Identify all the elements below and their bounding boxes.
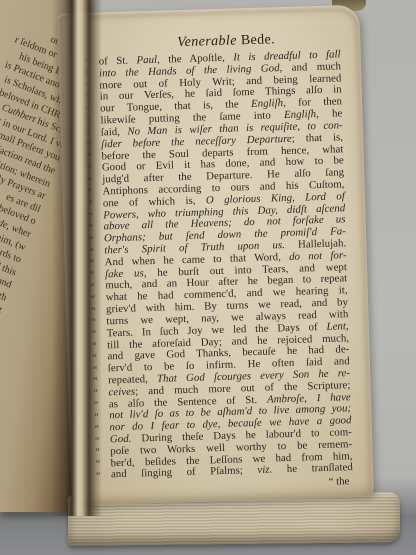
quote-mark: “ xyxy=(94,423,99,435)
quote-mark: “ xyxy=(94,412,99,424)
quote-mark: “ xyxy=(93,388,98,400)
quote-mark: “ xyxy=(90,270,95,282)
quote-mark: “ xyxy=(95,435,100,447)
quote-mark: “ xyxy=(92,341,97,353)
quote-mark: “ xyxy=(87,175,92,187)
quote-mark: “ xyxy=(91,293,96,305)
quote-mark: “ xyxy=(90,258,95,270)
quote-mark: “ xyxy=(87,164,92,176)
quote-mark: “ xyxy=(86,128,91,140)
quote-mark: “ xyxy=(90,282,95,294)
quote-mark: “ xyxy=(85,116,90,128)
quote-mark: “ xyxy=(89,223,94,235)
quote-mark: “ xyxy=(86,140,91,152)
running-header-italic: Venerable xyxy=(177,33,237,50)
catchword: “ the xyxy=(328,475,349,488)
quote-mark: “ xyxy=(86,152,91,164)
quote-mark: “ xyxy=(91,317,96,329)
quote-mark: “ xyxy=(92,329,97,341)
quote-mark: “ xyxy=(88,211,93,223)
book-photograph: e ofon cannot ber ſeldom or never mohis … xyxy=(0,0,416,555)
right-page: VenerableBede. “of St. Paul, the Apoſtle… xyxy=(57,5,373,506)
quote-mark: “ xyxy=(85,105,90,117)
quote-mark: “ xyxy=(89,234,94,246)
quote-mark: “ xyxy=(96,459,101,471)
quote-mark: “ xyxy=(84,69,89,81)
quote-mark: “ xyxy=(91,305,96,317)
quote-mark: “ xyxy=(85,93,90,105)
running-header-roman: Bede. xyxy=(241,32,276,48)
quote-mark: “ xyxy=(96,471,101,483)
quote-mark: “ xyxy=(93,364,98,376)
quote-mark: “ xyxy=(93,376,98,388)
quote-mark: “ xyxy=(92,353,97,365)
quote-mark: “ xyxy=(87,187,92,199)
page-text-block: “of St. Paul, the Apoſtle, It is dreadfu… xyxy=(99,49,354,481)
quote-mark: “ xyxy=(84,81,89,93)
quote-mark: “ xyxy=(95,447,100,459)
quote-mark: “ xyxy=(89,246,94,258)
quote-mark: “ xyxy=(88,199,93,211)
quote-mark: “ xyxy=(94,400,99,412)
quote-mark: “ xyxy=(84,57,89,69)
